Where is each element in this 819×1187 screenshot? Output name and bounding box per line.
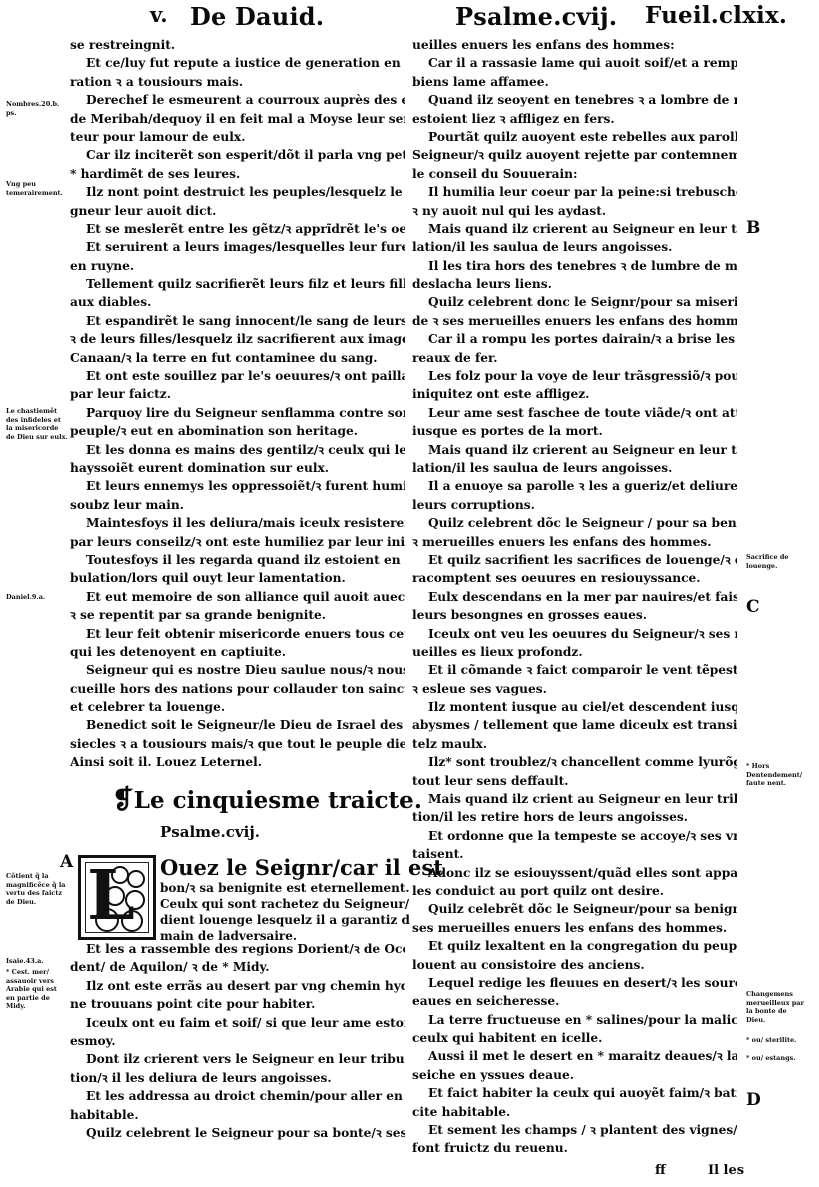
text-line: bulation/lors quil ouyt leur lamentation…	[70, 569, 405, 587]
psalm-number-heading: Psalme.cvij.	[160, 823, 260, 841]
text-line: les conduict au port quilz ont desire.	[412, 882, 737, 900]
catchword: Il les	[708, 1163, 744, 1178]
section-marker-letter: C	[746, 597, 760, 617]
text-line: deslacha leurs liens.	[412, 275, 737, 293]
text-line: Ilz ont este errãs au desert par vng che…	[70, 977, 405, 995]
text-line: Pourtãt quilz auoyent este rebelles aux …	[412, 128, 737, 146]
text-line: ꝛ ny auoit nul qui les aydast.	[412, 202, 737, 220]
text-line: ueilles enuers les enfans des hommes:	[412, 36, 737, 54]
text-line: aux diables.	[70, 293, 405, 311]
opening-line: bon/ꝛ sa benignite est eternellement.	[160, 880, 410, 896]
text-line: estoient liez ꝛ affligez en fers.	[412, 110, 737, 128]
text-line: hayssoiẽt eurent domination sur eulx.	[70, 459, 405, 477]
text-line: soubz leur main.	[70, 496, 405, 514]
text-line: Il humilia leur coeur par la peine:si tr…	[412, 183, 737, 201]
text-line: Il les tira hors des tenebres ꝛ de lumbr…	[412, 257, 737, 275]
text-line: ꝛ merueilles enuers les enfans des homme…	[412, 533, 737, 551]
text-line: ꝛ esleue ses vagues.	[412, 680, 737, 698]
text-line: Aussi il met le desert en * maraitz deau…	[412, 1047, 737, 1065]
text-line: tout leur sens deffault.	[412, 772, 737, 790]
margin-note: * ou/ sterilite.	[746, 1036, 808, 1045]
text-line: Car il a rompu les portes dairain/ꝛ a br…	[412, 330, 737, 348]
section-marker-letter: B	[746, 218, 760, 238]
text-line: lation/il les saulua de leurs angoisses.	[412, 238, 737, 256]
text-line: de Meribah/dequoy il en feit mal a Moyse…	[70, 110, 405, 128]
text-line: Car ilz inciterẽt son esperit/dõt il par…	[70, 146, 405, 164]
text-line: Il a enuoye sa parolle ꝛ les a gueriz/et…	[412, 477, 737, 495]
text-line: taisent.	[412, 845, 737, 863]
running-head-left-title: De Dauid.	[190, 2, 324, 31]
running-head-chapter-number: v.	[150, 2, 168, 27]
text-line: dent/ de Aquilon/ ꝛ de * Midy.	[70, 958, 405, 976]
text-line: louent au consistoire des anciens.	[412, 956, 737, 974]
text-line: eaues en seicheresse.	[412, 992, 737, 1010]
text-line: Et ont este souillez par le's oeuures/ꝛ …	[70, 367, 405, 385]
text-line: Ainsi soit il. Louez Leternel.	[70, 753, 405, 771]
text-line: tion/ꝛ il les deliura de leurs angoisses…	[70, 1069, 405, 1087]
margin-note: * Cest. mer/ assauoir vers Arabie qui es…	[6, 968, 68, 1011]
margin-note: Daniel.9.a.	[6, 593, 68, 602]
margin-note: Isaie.43.a.	[6, 957, 68, 966]
text-line: Car il a rassasie lame qui auoit soif/et…	[412, 54, 737, 72]
text-line: Lequel redige les fleuues en desert/ꝛ le…	[412, 974, 737, 992]
text-line: La terre fructueuse en * salines/pour la…	[412, 1011, 737, 1029]
text-line: iniquitez ont este affligez.	[412, 385, 737, 403]
text-line: ꝛ de leurs filles/lesquelz ilz sacrifier…	[70, 330, 405, 348]
text-line: Eulx descendans en la mer par nauires/et…	[412, 588, 737, 606]
text-line: qui les detenoyent en captiuite.	[70, 643, 405, 661]
text-line: et celebrer ta louenge.	[70, 698, 405, 716]
text-line: Quilz celebrent donc le Seignr/pour sa m…	[412, 293, 737, 311]
text-line: Seigneur/ꝛ quilz auoyent rejette par con…	[412, 146, 737, 164]
text-line: par leur faictz.	[70, 385, 405, 403]
text-line: esmoy.	[70, 1032, 405, 1050]
pilcrow-icon: ❡	[112, 785, 134, 815]
text-line: Les folz pour la voye de leur trãsgressi…	[412, 367, 737, 385]
text-line: Et seruirent a leurs images/lesquelles l…	[70, 238, 405, 256]
text-line: Quilz celebrẽt dõc le Seigneur/pour sa b…	[412, 900, 737, 918]
text-line: Et ce/luy fut repute a iustice de genera…	[70, 54, 405, 72]
margin-note: Le chastiemẽt des infideles et la miseri…	[6, 407, 68, 441]
text-line: Iceulx ont eu faim et soif/ si que leur …	[70, 1014, 405, 1032]
margin-note: Vng peu temerairement.	[6, 180, 68, 197]
text-line: Quand ilz seoyent en tenebres ꝛ a lombre…	[412, 91, 737, 109]
text-line: Ilz nont point destruict les peuples/les…	[70, 183, 405, 201]
text-line: ne trouuans point cite pour habiter.	[70, 995, 405, 1013]
text-line: Et les addressa au droict chemin/pour al…	[70, 1087, 405, 1105]
text-line: ration ꝛ a tousiours mais.	[70, 73, 405, 91]
text-line: en ruyne.	[70, 257, 405, 275]
text-line: Et leurs ennemys les oppressoiẽt/ꝛ furen…	[70, 477, 405, 495]
text-line: abysmes / tellement que lame diceulx est…	[412, 716, 737, 734]
text-line: Et se meslerẽt entre les gẽtz/ꝛ apprĩdrẽ…	[70, 220, 405, 238]
text-line: Et les donna es mains des gentilz/ꝛ ceul…	[70, 441, 405, 459]
text-line: Et les a rassemble des regions Dorient/ꝛ…	[70, 940, 405, 958]
section-marker-letter: D	[746, 1090, 761, 1110]
text-line: Dont ilz crierent vers le Seigneur en le…	[70, 1050, 405, 1068]
opening-line: Ceulx qui sont rachetez du Seigneur/	[160, 896, 410, 912]
text-line: seiche en yssues deaue.	[412, 1066, 737, 1084]
text-line: Quilz celebrent le Seigneur pour sa bont…	[70, 1124, 405, 1142]
text-line: teur pour lamour de eulx.	[70, 128, 405, 146]
text-line: Iceulx ont veu les oeuures du Seigneur/ꝛ…	[412, 625, 737, 643]
text-line: Mais quand ilz crient au Seigneur en leu…	[412, 790, 737, 808]
text-line: le conseil du Souuerain:	[412, 165, 737, 183]
section-marker-letter: A	[60, 852, 73, 872]
text-line: Ilz montent iusque au ciel/et descendent…	[412, 698, 737, 716]
decorated-initial-icon: L	[78, 855, 156, 940]
text-line: Maintesfoys il les deliura/mais iceulx r…	[70, 514, 405, 532]
margin-note-section-summary: Cõtient q̃ la magnificẽce q̃ la vertu de…	[6, 872, 68, 906]
text-line: telz maulx.	[412, 735, 737, 753]
text-line: cite habitable.	[412, 1103, 737, 1121]
text-line: font fruictz du reuenu.	[412, 1139, 737, 1157]
text-line: leurs besongnes en grosses eaues.	[412, 606, 737, 624]
right-column-text: ueilles enuers les enfans des hommes:Car…	[412, 36, 737, 1158]
text-line: racomptent ses oeuures en resiouyssance.	[412, 569, 737, 587]
text-line: Seigneur qui es nostre Dieu saulue nous/…	[70, 661, 405, 679]
text-line: tion/il les retire hors de leurs angoiss…	[412, 808, 737, 826]
section-heading: ❡Le cinquiesme traicte.	[112, 785, 422, 815]
psalm-opening: Ouez le Seignr/car il est bon/ꝛ sa benig…	[160, 856, 410, 944]
text-line: iusque es portes de la mort.	[412, 422, 737, 440]
text-line: ses merueilles enuers les enfans des hom…	[412, 919, 737, 937]
text-line: ceulx qui habitent en icelle.	[412, 1029, 737, 1047]
text-line: Et espandirẽt le sang innocent/le sang d…	[70, 312, 405, 330]
text-line: biens lame affamee.	[412, 73, 737, 91]
margin-note: * ou/ estangs.	[746, 1054, 808, 1063]
text-line: Tellement quilz sacrifierẽt leurs filz e…	[70, 275, 405, 293]
folio-number: Fueil.clxix.	[645, 2, 787, 29]
text-line: peuple/ꝛ eut en abomination son heritage…	[70, 422, 405, 440]
text-line: Parquoy lire du Seigneur senflamma contr…	[70, 404, 405, 422]
left-column-text: se restreingnit.Et ce/luy fut repute a i…	[70, 36, 405, 772]
dropcap-letter: L	[87, 856, 135, 936]
text-line: Adonc ilz se esiouyssent/quãd elles sont…	[412, 864, 737, 882]
left-column-bottom-text: Et les a rassemble des regions Dorient/ꝛ…	[70, 940, 405, 1142]
running-head-psalm: Psalme.cvij.	[455, 2, 617, 31]
text-line: Quilz celebrent dõc le Seigneur / pour s…	[412, 514, 737, 532]
margin-note: Changemens merueilleux par la bonte de D…	[746, 990, 808, 1024]
section-title-text: Le cinquiesme traicte.	[134, 787, 422, 814]
text-line: reaux de fer.	[412, 349, 737, 367]
text-line: Et quilz lexaltent en la congregation du…	[412, 937, 737, 955]
text-line: Mais quand ilz crierent au Seigneur en l…	[412, 441, 737, 459]
text-line: Et eut memoire de son alliance quil auoi…	[70, 588, 405, 606]
text-line: cueille hors des nations pour collauder …	[70, 680, 405, 698]
text-line: habitable.	[70, 1106, 405, 1124]
book-page: v. De Dauid. Psalme.cvij. Fueil.clxix. s…	[0, 0, 819, 1187]
text-line: Leur ame sest faschee de toute viãde/ꝛ o…	[412, 404, 737, 422]
text-line: se restreingnit.	[70, 36, 405, 54]
text-line: Et sement les champs / ꝛ plantent des vi…	[412, 1121, 737, 1139]
text-line: Benedict soit le Seigneur/le Dieu de Isr…	[70, 716, 405, 734]
margin-note: * Hors Dentendement/ faute nent.	[746, 762, 808, 788]
text-line: Et faict habiter la ceulx qui auoyẽt fai…	[412, 1084, 737, 1102]
margin-note: Sacrifice de louenge.	[746, 553, 808, 570]
text-line: Canaan/ꝛ la terre en fut contaminee du s…	[70, 349, 405, 367]
text-line: ꝛ se repentit par sa grande benignite.	[70, 606, 405, 624]
opening-line: dient louenge lesquelz il a garantiz de …	[160, 912, 410, 928]
text-line: gneur leur auoit dict.	[70, 202, 405, 220]
text-line: * hardimẽt de ses leures.	[70, 165, 405, 183]
text-line: Toutesfoys il les regarda quand ilz esto…	[70, 551, 405, 569]
text-line: Et il cõmande ꝛ faict comparoir le vent …	[412, 661, 737, 679]
text-line: siecles ꝛ a tousiours mais/ꝛ que tout le…	[70, 735, 405, 753]
text-line: ueilles es lieux profondz.	[412, 643, 737, 661]
text-line: Et leur feit obtenir misericorde enuers …	[70, 625, 405, 643]
text-line: Et ordonne que la tempeste se accoye/ꝛ s…	[412, 827, 737, 845]
text-line: Mais quand ilz crierent au Seigneur en l…	[412, 220, 737, 238]
text-line: de ꝛ ses merueilles enuers les enfans de…	[412, 312, 737, 330]
text-line: Ilz* sont troublez/ꝛ chancellent comme l…	[412, 753, 737, 771]
text-line: Et quilz sacrifient les sacrifices de lo…	[412, 551, 737, 569]
margin-note: Nombres.20.b. ps.	[6, 100, 68, 117]
text-line: lation/il les saulua de leurs angoisses.	[412, 459, 737, 477]
opening-first-line: Ouez le Seignr/car il est	[160, 856, 410, 880]
signature-mark: ff	[655, 1163, 666, 1178]
text-line: par leurs conseilz/ꝛ ont este humiliez p…	[70, 533, 405, 551]
text-line: Derechef le esmeurent a courroux auprès …	[70, 91, 405, 109]
text-line: leurs corruptions.	[412, 496, 737, 514]
